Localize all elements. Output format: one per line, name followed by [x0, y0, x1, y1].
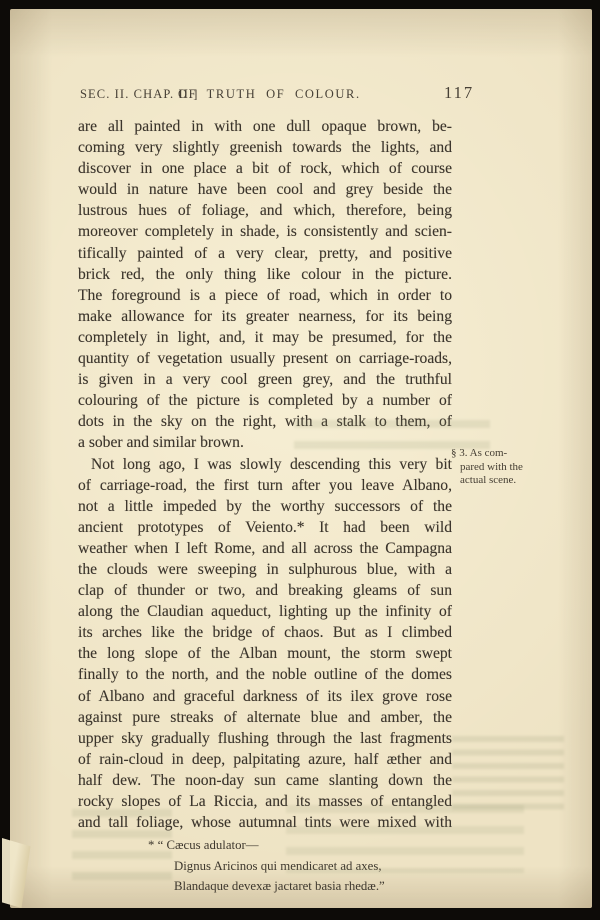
text-line: quantity of vegetation usually present o… [78, 348, 452, 369]
page-number: 117 [444, 83, 474, 103]
text-line: would in nature have been cool and grey … [78, 179, 452, 200]
text-line: upper sky gradually flushing through the… [78, 728, 452, 749]
text-line: § 3. As com- [451, 447, 569, 461]
text-line: the clouds were sweeping in sulphurous b… [78, 559, 452, 580]
text-line: finally to the north, and the noble outl… [78, 664, 452, 685]
text-line: tifically painted of a very clear, prett… [78, 243, 452, 264]
text-line: are all painted in with one dull opaque … [78, 116, 452, 137]
text-line: * “ Cæcus adulator— [148, 835, 508, 856]
text-line: not a little impeded by the worthy succe… [78, 496, 452, 517]
text-line: lustrous hues of foliage, and which, the… [78, 200, 452, 221]
text-line: half dew. The noon-day sun came slanting… [78, 770, 452, 791]
text-line: its arches like the bridge of chaos. But… [78, 622, 452, 643]
text-line: brick red, the only thing like colour in… [78, 264, 452, 285]
text-line: colouring of the picture is completed by… [78, 390, 452, 411]
text-line: moreover completely in shade, is consist… [78, 221, 452, 242]
text-line: and tall foliage, whose autumnal tints w… [78, 812, 452, 833]
text-line: Not long ago, I was slowly descending th… [78, 454, 452, 475]
paragraph-2: Not long ago, I was slowly descending th… [78, 454, 452, 834]
margin-note: § 3. As com-pared with theactual scene. [451, 447, 569, 488]
text-line: weather when I left Rome, and all across… [78, 538, 452, 559]
text-line: rocky slopes of La Riccia, and its masse… [78, 791, 452, 812]
text-line: discover in one place a bit of rock, whi… [78, 158, 452, 179]
paragraph-1: are all painted in with one dull opaque … [78, 116, 452, 454]
text-line: along the Claudian aqueduct, lighting up… [78, 601, 452, 622]
text-line: clap of thunder or two, and breaking gle… [78, 580, 452, 601]
text-line: completely in light, and, it may be pres… [78, 327, 452, 348]
header-running-title: OF TRUTH OF COLOUR. [178, 87, 361, 102]
page-paper: SEC. II. CHAP. II.] OF TRUTH OF COLOUR. … [10, 9, 592, 908]
text-line: actual scene. [451, 474, 569, 488]
footnote: * “ Cæcus adulator—Dignus Aricinos qui m… [148, 835, 508, 897]
bleedthrough-text [452, 736, 564, 816]
text-line: make allowance for its greater nearness,… [78, 306, 452, 327]
text-line: coming very slightly greenish towards th… [78, 137, 452, 158]
text-line: Blandaque devexæ jactaret basia rhedæ.” [148, 876, 508, 897]
scanned-book-page: SEC. II. CHAP. II.] OF TRUTH OF COLOUR. … [0, 0, 600, 920]
text-line: dots in the sky on the right, with a sta… [78, 411, 452, 432]
text-line: Dignus Aricinos qui mendicaret ad axes, [148, 856, 508, 877]
text-line: pared with the [451, 461, 569, 475]
text-line: The foreground is a piece of road, which… [78, 285, 452, 306]
body-text: are all painted in with one dull opaque … [78, 116, 452, 833]
text-line: of rain-cloud in deep, palpitating azure… [78, 749, 452, 770]
text-line: of Albano and graceful darkness of its i… [78, 686, 452, 707]
text-line: the long slope of the Alban mount, the s… [78, 643, 452, 664]
text-line: is given in a very cool green grey, and … [78, 369, 452, 390]
text-line: a sober and similar brown. [78, 432, 452, 453]
text-line: ancient prototypes of Veiento.* It had b… [78, 517, 452, 538]
text-line: against pure streaks of alternate blue a… [78, 707, 452, 728]
text-line: of carriage-road, the first turn after y… [78, 475, 452, 496]
